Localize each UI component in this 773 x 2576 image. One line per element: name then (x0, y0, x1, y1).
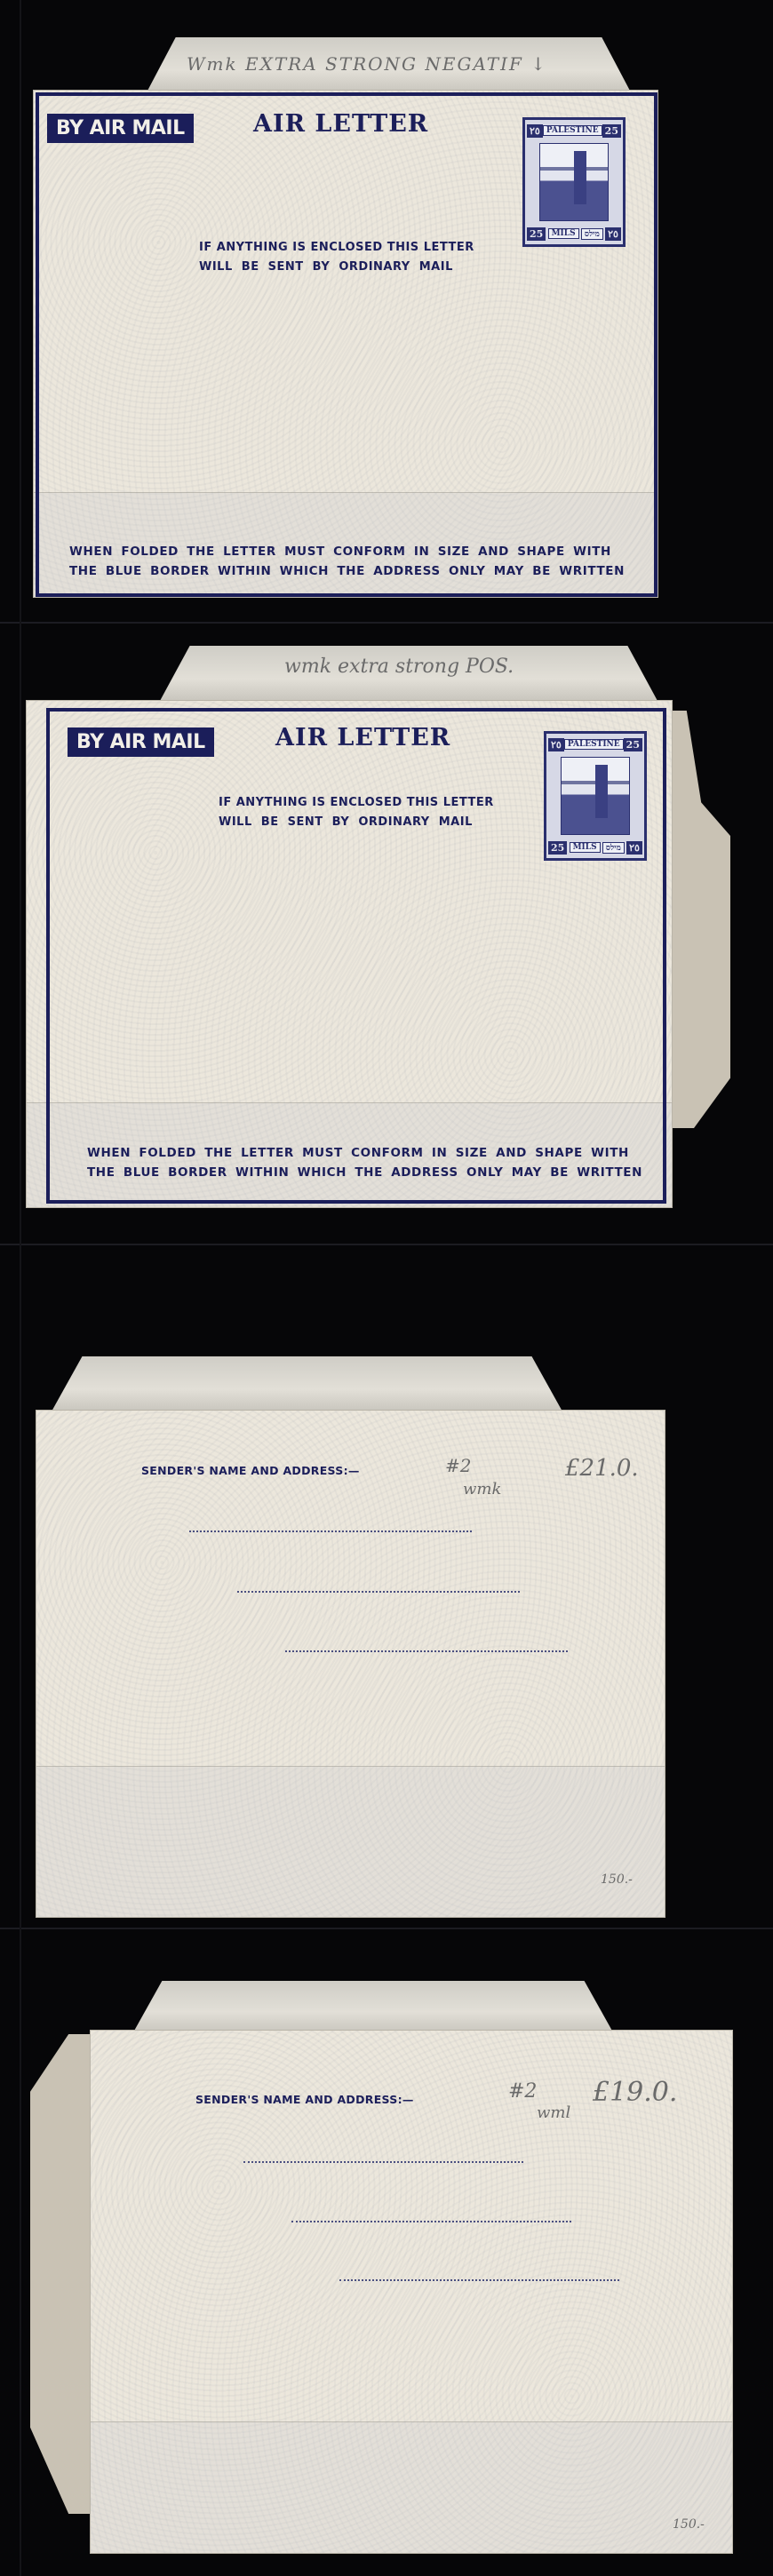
pencil-note: wmk extra strong POS. (284, 656, 514, 678)
pencil-corner-price: 150.- (601, 1872, 633, 1887)
enclosure-notice: IF ANYTHING IS ENCLOSED THIS LETTER WILL… (219, 793, 494, 832)
imprinted-stamp: ٢٥PALESTINE25 25MILSמילס٢٥ (522, 117, 626, 247)
stamp-value: 25 (548, 841, 567, 855)
letter-side-flap (30, 2034, 94, 2514)
letter-sheet: SENDER'S NAME AND ADDRESS:— #2 wmk £21.0… (36, 1411, 665, 1917)
letter-flap (133, 1981, 613, 2032)
fold-panel (36, 1766, 665, 1917)
address-line (243, 2161, 523, 2163)
pencil-note: #2 (445, 1455, 471, 1476)
stamp-currency: MILS (570, 842, 601, 853)
address-line (189, 1530, 472, 1532)
address-line (285, 1650, 568, 1652)
letter-sheet: BY AIR MAIL AIR LETTER IF ANYTHING IS EN… (34, 91, 657, 597)
stamp-value-arabic: ٢٥ (548, 738, 564, 751)
pencil-price: £21.0. (565, 1455, 639, 1482)
letter-flap (52, 1356, 562, 1411)
stamp-currency: MILS (548, 228, 579, 239)
stamp-value: 25 (624, 738, 642, 751)
sender-address-label: SENDER'S NAME AND ADDRESS:— (141, 1464, 360, 1477)
stamp-value-arabic: ٢٥ (626, 841, 642, 855)
by-air-mail-label: BY AIR MAIL (68, 727, 214, 757)
stamp-country: PALESTINE (543, 125, 602, 136)
pencil-note: #2 (508, 2080, 537, 2103)
stamp-hebrew-text (527, 143, 538, 221)
album-edge (20, 0, 21, 2576)
imprinted-stamp: ٢٥PALESTINE25 25MILSמילס٢٥ (544, 731, 647, 861)
address-line (237, 1591, 520, 1593)
stamp-currency-hebrew: מילס (602, 842, 625, 854)
stamp-country: PALESTINE (564, 739, 624, 750)
letter-sheet: SENDER'S NAME AND ADDRESS:— #2 wml £19.0… (91, 2031, 732, 2553)
pencil-note: wml (537, 2103, 570, 2122)
fold-panel (91, 2421, 732, 2553)
album-strip-divider (0, 1244, 773, 1245)
folding-instructions: WHEN FOLDED THE LETTER MUST CONFORM IN S… (69, 542, 625, 581)
pencil-note: Wmk EXTRA STRONG NEGATIF ↓ (187, 53, 547, 75)
address-line (291, 2221, 571, 2222)
address-line (339, 2279, 619, 2281)
air-letter-title: AIR LETTER (275, 724, 450, 751)
folding-instructions: WHEN FOLDED THE LETTER MUST CONFORM IN S… (87, 1143, 642, 1182)
stamp-value: 25 (527, 227, 546, 241)
stamp-value: 25 (602, 124, 621, 138)
enclosure-notice: IF ANYTHING IS ENCLOSED THIS LETTER WILL… (199, 238, 474, 277)
pencil-price: £19.0. (593, 2077, 677, 2108)
album-strip-divider (0, 622, 773, 624)
pencil-corner-price: 150.- (673, 2517, 705, 2532)
sender-address-label: SENDER'S NAME AND ADDRESS:— (195, 2093, 414, 2106)
stamp-value-arabic: ٢٥ (527, 124, 543, 138)
stamp-currency-hebrew: מילס (581, 228, 603, 240)
album-strip-divider (0, 1928, 773, 1929)
air-letter-title: AIR LETTER (253, 110, 428, 138)
tower-of-david-vignette (561, 757, 630, 835)
by-air-mail-label: BY AIR MAIL (47, 114, 194, 143)
pencil-note: wmk (463, 1480, 501, 1499)
stamp-value-arabic: ٢٥ (605, 227, 621, 241)
letter-sheet: BY AIR MAIL AIR LETTER IF ANYTHING IS EN… (27, 701, 672, 1207)
tower-of-david-vignette (539, 143, 609, 221)
